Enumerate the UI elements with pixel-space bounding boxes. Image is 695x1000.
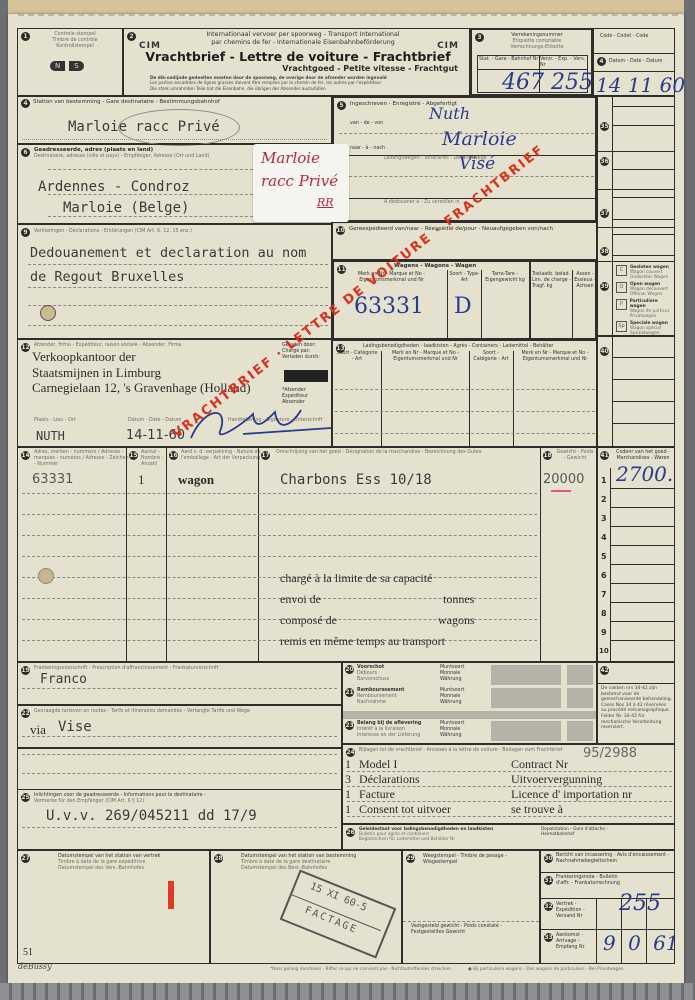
pink-underline-mark: [551, 490, 571, 492]
place-label: Plaats - Lieu - Ort: [34, 418, 76, 424]
arrival-label: Aankomst - Arrivage - Empfang Nr: [556, 933, 596, 951]
printed-line-remis: remis en même temps au transport: [280, 634, 445, 649]
consignee-info-box: 25 Inlichtingen voor de geadresseerde - …: [17, 748, 342, 850]
consignee-line-2[interactable]: Marloie (Belge): [63, 200, 189, 216]
charge-row-cash-advance: 20 VoorschotDéboursBarvorschuss Muntsoor…: [345, 665, 595, 687]
tariffs-value[interactable]: Vise: [58, 719, 92, 735]
fixed-weight-label: Vastgesteld gewicht - Poids constaté - F…: [411, 924, 536, 936]
field-number-26: 26: [346, 828, 355, 837]
binder-sleeve-edge: [0, 983, 695, 1000]
departure-value[interactable]: 255: [619, 891, 661, 916]
mechanical-processing-note: De vakken nrs 34-42 zijn bestemd voor de…: [601, 686, 673, 731]
loaded-by-strikeout: [284, 370, 328, 382]
charge-cents-field[interactable]: [567, 665, 593, 685]
annex-name: Consent tot uitvoer: [359, 802, 451, 817]
field-number-5: 5: [337, 101, 346, 110]
charge-row-interest: 23 Belang bij de afleveringIntérêt à la …: [345, 721, 595, 743]
arrival-stamp-box: 28 Datumstempel van het station van best…: [210, 850, 402, 964]
wagon-type-code: P: [616, 299, 627, 310]
sender-line-2[interactable]: Staatsmijnen in Limburg: [32, 365, 161, 381]
stamp-s: S: [69, 61, 83, 71]
station-number-header: Stat. - Gare - Bahnhof Nr: [479, 57, 539, 63]
arrival-value[interactable]: 9 0 61: [603, 931, 679, 955]
loading-sort-header: Soort - Catégorie - Art: [335, 351, 379, 363]
goods-count-header: Aantal - Nombre - Anzahl: [141, 450, 166, 468]
from-label: van - de - von: [350, 121, 383, 127]
charge-currency: Muntsoort Monnaie Währung: [440, 688, 480, 706]
charge-de: Nachnahme: [357, 700, 404, 706]
wagon-type-de: Offener Wagen: [630, 292, 668, 297]
loading-mark-header: Merk en Nr - Marque et No - Eigentumsmer…: [383, 351, 468, 363]
annexes-box: 24 Bijlagen tot de vrachtbrief - Annexes…: [342, 744, 675, 824]
field-number-2: 2: [127, 32, 136, 41]
row-number: 8: [601, 609, 607, 618]
right-codes-column: 35 36 37 38 39 C Gesloten wagenWagon cou…: [597, 96, 675, 336]
customs-label: A dédouaner à - Zu verzollen in: [384, 200, 460, 206]
perforation-line: [18, 14, 678, 16]
goods-address-value[interactable]: 63331: [32, 472, 73, 487]
goods-code-value[interactable]: 2700.: [616, 462, 673, 486]
wagon-type-c[interactable]: C Gesloten wagenWagon couvertGedeckter W…: [616, 265, 674, 280]
escort-label-de: Begleitschein für Lademittel und Behälte…: [359, 837, 493, 842]
annex-list: 1Model I 3Déclarations 1Facture 1Consent…: [345, 757, 515, 817]
export-license-label: Uitvoervergunning: [511, 772, 602, 787]
declarations-line-2[interactable]: de Regout Bruxelles: [30, 269, 184, 285]
expedition-number-header: Verzr. - Exp. - Vers. Nr: [540, 57, 588, 69]
charge-currency: Muntsoort Monnaie Währung: [440, 665, 480, 683]
depot-label: Depotstation - Gare d'attache - Heimatba…: [541, 827, 611, 837]
wagon-type-code: Sp: [616, 321, 627, 332]
to-label: naar - à - nach: [350, 146, 385, 152]
field-number-30: 30: [544, 854, 553, 863]
field-number-9: 9: [21, 228, 30, 237]
charge-amount-field[interactable]: [491, 665, 561, 685]
destination-station-box: 4 Station van bestemming - Gare destinat…: [17, 96, 332, 144]
date-label: Datum - Date - Datum: [609, 59, 662, 65]
row-number: 9: [601, 628, 607, 637]
charges-box: 20 VoorschotDéboursBarvorschuss Muntsoor…: [342, 662, 597, 744]
field-number-37: 37: [600, 209, 609, 218]
red-mark: [168, 881, 174, 909]
field-number-33: 33: [544, 933, 553, 942]
field-number-1: 1: [21, 32, 30, 41]
field-number-19: 19: [21, 666, 30, 675]
field-number-31: 31: [544, 876, 553, 885]
wagon-type-legend: C Gesloten wagenWagon couvertGedeckter W…: [616, 265, 674, 336]
import-license-label: Licence d' importation nr: [511, 787, 632, 802]
admin-box: 30 Bericht van incassering - Avis d'enca…: [540, 850, 675, 964]
page-title: Vrachtbrief - Lettre de voiture - Fracht…: [138, 49, 458, 64]
printed-line-capacity: chargé à la limite de sa capacité: [280, 571, 432, 586]
loading-equipment-box: 13 Ladingsbenodigdheden - Iaadkisten - A…: [332, 340, 597, 447]
annex-name: Model I: [359, 757, 397, 772]
declarations-label: Verklaringen - Déclarations - Erklärunge…: [34, 229, 192, 235]
field-number-17: 17: [261, 451, 270, 460]
charge-amount-field[interactable]: [491, 721, 561, 741]
sticky-note-line-2: racc Privé: [261, 172, 338, 190]
field-number-41: 41: [600, 451, 609, 460]
subtitle-3: Vrachtgoed - Petite vitesse - Frachtgut: [138, 64, 458, 73]
field-number-3: 3: [475, 33, 484, 42]
goods-packing-value[interactable]: wagon: [178, 472, 214, 488]
annex-item: 1Consent tot uitvoer: [345, 802, 515, 817]
field-number-10: 10: [336, 226, 345, 235]
place-value[interactable]: NUTH: [36, 429, 65, 443]
row-number: 7: [601, 590, 607, 599]
consignee-line-1[interactable]: Ardennes - Condroz: [38, 179, 190, 195]
annex-item: 1Model I: [345, 757, 515, 772]
charge-de: Interesse an der Lieferung: [357, 733, 421, 739]
wagon-number-value[interactable]: 63331: [354, 294, 424, 319]
row-number: 1: [601, 476, 607, 485]
wagon-type-value[interactable]: D: [454, 294, 472, 319]
control-stamp-box: 1 Controle-stempel Timbre de contrôle Ko…: [17, 28, 123, 96]
field-number-24: 24: [346, 748, 355, 757]
route-handwritten[interactable]: Visé: [459, 154, 495, 174]
goods-count-value[interactable]: 1: [138, 472, 145, 488]
annex-name: Facture: [359, 787, 395, 802]
subtitle-2: par chemins de fer - Internationale Eise…: [168, 39, 438, 47]
wagon-type-sp[interactable]: Sp Speciale wagenWagon spécialSpezialwag…: [616, 321, 674, 336]
charge-row-cod: 21 RembourssementRemboursementNachnahme …: [345, 688, 595, 710]
goods-weight-header: Gewicht - Poids - Gewicht: [556, 450, 594, 462]
goods-table: 14 Adres, merken - nummers / Adresse - m…: [17, 447, 597, 662]
punch-hole-mark: [40, 305, 56, 321]
field-number-18: 18: [543, 451, 552, 460]
wagon-type-code: C: [616, 265, 627, 276]
date-value[interactable]: 14 11 60: [596, 73, 685, 97]
annex-qty: 3: [345, 772, 351, 787]
row-number: 2: [601, 495, 607, 504]
row-number: 3: [601, 514, 607, 523]
wagon-type-nl: Particuliere wagen: [630, 299, 674, 309]
franking-note-label: Frankeringsnota - Bulletin d'affr. - Fra…: [556, 875, 626, 887]
field-number-23: 23: [345, 721, 354, 730]
account-label-de: Verrechnungs-Etikette: [487, 45, 587, 51]
charge-currency: Muntsoort Monnaie Währung: [440, 721, 480, 739]
goods-description-value[interactable]: Charbons Ess 10/18: [280, 472, 432, 488]
printed-line-tonnes: tonnes: [443, 592, 474, 607]
charge-cents-field[interactable]: [567, 721, 593, 741]
annex-item: 3Déclarations: [345, 772, 515, 787]
tariffs-label: Gevraagde tarieven en routes - Tarifs et…: [34, 709, 250, 715]
control-stamp-ns: N S: [50, 61, 84, 71]
tariffs-box: 22 Gevraagde tarieven en routes - Tarifs…: [17, 705, 342, 748]
wagon-type-de: Privatwagen: [630, 314, 674, 319]
charge-amount-field[interactable]: [491, 688, 561, 708]
goods-address-header: Adres, merken - nummers / Adresse - marq…: [34, 450, 129, 468]
declarations-box: 9 Verklaringen - Déclarations - Erklärun…: [17, 224, 332, 339]
sticky-note: Marloie racc Privé RR: [253, 144, 349, 222]
shaded-separator: [343, 711, 596, 719]
field-number-36: 36: [600, 157, 609, 166]
wagon-axles-header: Assen - Essieux - Achsen: [574, 272, 596, 290]
note-de: Die stark umrahmten Teile hat die Eisenb…: [150, 86, 460, 91]
consignee-label-fr: Destinataire, adresse (ville et pays) - …: [34, 154, 209, 160]
annex-qty: 1: [345, 802, 351, 817]
code-label: Code - Codet - Code: [600, 34, 648, 40]
consignee-info-value[interactable]: U.v.v. 269/045211 dd 17/9: [46, 808, 257, 824]
field-number-32: 32: [544, 902, 553, 911]
field-number-22: 22: [21, 709, 30, 718]
registered-to-handwritten[interactable]: Marloie: [442, 128, 517, 150]
field-number-28: 28: [214, 854, 223, 863]
field-number-39: 39: [600, 282, 609, 291]
row-number: 4: [601, 533, 607, 542]
annex-item: 1Facture: [345, 787, 515, 802]
subtitle-1: Internationaal vervoer per spoorweg - Tr…: [168, 31, 438, 39]
goods-description-header: Omschrijving van het goed - Désignation …: [276, 450, 536, 456]
declarations-line-1[interactable]: Dedouanement et declaration au nom: [30, 245, 306, 261]
escort-box: 26 Geleidestaat voor ladingsbenodigdhede…: [342, 824, 675, 850]
field-number-29: 29: [406, 854, 415, 863]
wagon-type-header: Soort - Type-Art: [448, 272, 481, 284]
pencil-circle-annotation: [118, 109, 240, 146]
departure-label: Vertrek - Expédition - Versand Nr: [556, 902, 596, 920]
goods-weight-value[interactable]: 20000: [543, 472, 584, 487]
field-number-21: 21: [345, 688, 354, 697]
mechanical-processing-box: 42 De vakken nrs 34-42 zijn bestemd voor…: [597, 662, 675, 744]
field-number-42: 42: [600, 666, 609, 675]
field-number-6: 6: [21, 148, 30, 157]
printer-logo: deBussy: [18, 962, 52, 971]
row-number: 6: [601, 571, 607, 580]
field-number-25: 25: [21, 793, 30, 802]
departure-number: 51: [23, 947, 33, 958]
field-number-20: 20: [345, 665, 354, 674]
destination-station-label: Station van bestemming - Gare destinatai…: [33, 99, 220, 106]
loading-mark-header-2: Merk en Nr - Marque et No - Eigentumsmer…: [515, 351, 595, 363]
contract-number-value[interactable]: 95/2988: [583, 746, 637, 761]
field-number-35: 35: [600, 122, 609, 131]
annexes-label: Bijlagen tot de vrachtbrief - Annexes à …: [359, 748, 562, 754]
departure-stamp-box: 27 Datumstempel van het station van vert…: [17, 850, 210, 964]
franking-value[interactable]: Franco: [40, 672, 87, 687]
contract-label: Contract Nr: [511, 757, 568, 772]
weigh-stamp-box: 29 Weegstempel - Timbre de pesage - Wieg…: [402, 850, 540, 964]
row-number: 5: [601, 552, 607, 561]
field-number-4b: 4: [21, 99, 30, 108]
stamp-n: N: [50, 61, 65, 71]
annex-qty: 1: [345, 757, 351, 772]
field-number-38: 38: [600, 247, 609, 256]
annex-name: Déclarations: [359, 772, 420, 787]
field-40-grid: 40: [597, 336, 675, 447]
field-number-27: 27: [21, 854, 30, 863]
field-number-4: 4: [597, 57, 606, 66]
goods-packing-header: Aard v. d. verpakking - Nature de l'emba…: [181, 450, 261, 462]
annex-qty: 1: [345, 787, 351, 802]
code-date-box: Code - Codet - Code 4 Datum - Date - Dat…: [593, 28, 675, 96]
printed-line-composed: composé de: [280, 613, 337, 628]
field-number-14: 14: [21, 451, 30, 460]
footnote-left: *Naar gelang doorhalen - Biffer ce qui n…: [270, 967, 451, 973]
sender-line-1[interactable]: Verkoopkantoor der: [32, 349, 136, 365]
title-box: 2 CIM CIM Internationaal vervoer per spo…: [123, 28, 470, 96]
wagon-type-code: O: [616, 282, 627, 293]
goods-code-header: Codenr van het goed - Marchandises - War…: [612, 450, 674, 462]
printed-line-shipment: envoi de: [280, 592, 321, 607]
located-at-label: se trouve à: [511, 802, 563, 817]
punch-hole-mark-2: [38, 568, 54, 584]
collection-label: Bericht van incassering - Avis d'encaiss…: [556, 853, 671, 865]
reexpedited-box: 10 Gereexpedieerd van/naar - Réexpédié d…: [332, 222, 597, 260]
wagon-tare-header: Tarra-Tare - Eigengewicht kg: [482, 272, 528, 284]
charge-cents-field[interactable]: [567, 688, 593, 708]
wagon-type-p[interactable]: P Particuliere wagenWagon de particul.Pr…: [616, 299, 674, 319]
consignee-label: Geadresseerde, adres (plaats en land): [34, 147, 153, 154]
field-number-15: 15: [129, 451, 138, 460]
registered-from-handwritten[interactable]: Nuth: [429, 104, 470, 123]
sticky-note-line-1: Marloie: [261, 149, 320, 167]
loading-sort-header-2: Soort - Catégorie - Art: [471, 351, 511, 363]
sender-date-label: Datum - Date - Datum: [128, 418, 181, 424]
control-stamp-label-de: Kontrollstempel: [40, 44, 110, 50]
weigh-stamp-label: Weegstempel - Timbre de pesage - Wiegest…: [423, 854, 538, 866]
row-number: 10: [599, 647, 609, 655]
wagon-type-o[interactable]: O Open wagenWagon découvertOffener Wagen: [616, 282, 674, 297]
footnote-right: ● Bij particuliere wagens - Des wagons d…: [468, 967, 624, 973]
goods-code-column: 41 Codenr van het goed - Marchandises - …: [597, 447, 675, 662]
franking-box: 19 Frankeringsvoorschrift - Prescription…: [17, 662, 342, 705]
account-number-box: 3 Verrekeningsnummer Etiquette comptable…: [470, 28, 593, 96]
consignee-info-label-2: Vermerke für den Empfänger (CIM Art. 6 §…: [34, 799, 144, 805]
printed-line-wagons: wagons: [438, 613, 475, 628]
factage-date-stamp: 15 XI 60-5 FACTAGE: [280, 869, 397, 958]
field-number-12: 12: [21, 343, 30, 352]
wagon-load-header: Toelaatb. belad. - Lim. de charge - Trag…: [532, 272, 574, 290]
charge-de: Barvorschuss: [357, 677, 389, 683]
field-number-40: 40: [600, 347, 609, 356]
loading-equipment-label: Ladingsbenodigdheden - Iaadkisten - Agrè…: [363, 344, 553, 350]
account-number-value[interactable]: 467 255: [502, 70, 593, 95]
sticky-note-initials: RR: [317, 196, 334, 209]
field-number-16: 16: [169, 451, 178, 460]
departure-stamp-label-de: Datumstempel des Vers.-Bahnhofes: [58, 866, 160, 872]
wagon-type-de: Gedeckter Wagen: [630, 275, 669, 280]
